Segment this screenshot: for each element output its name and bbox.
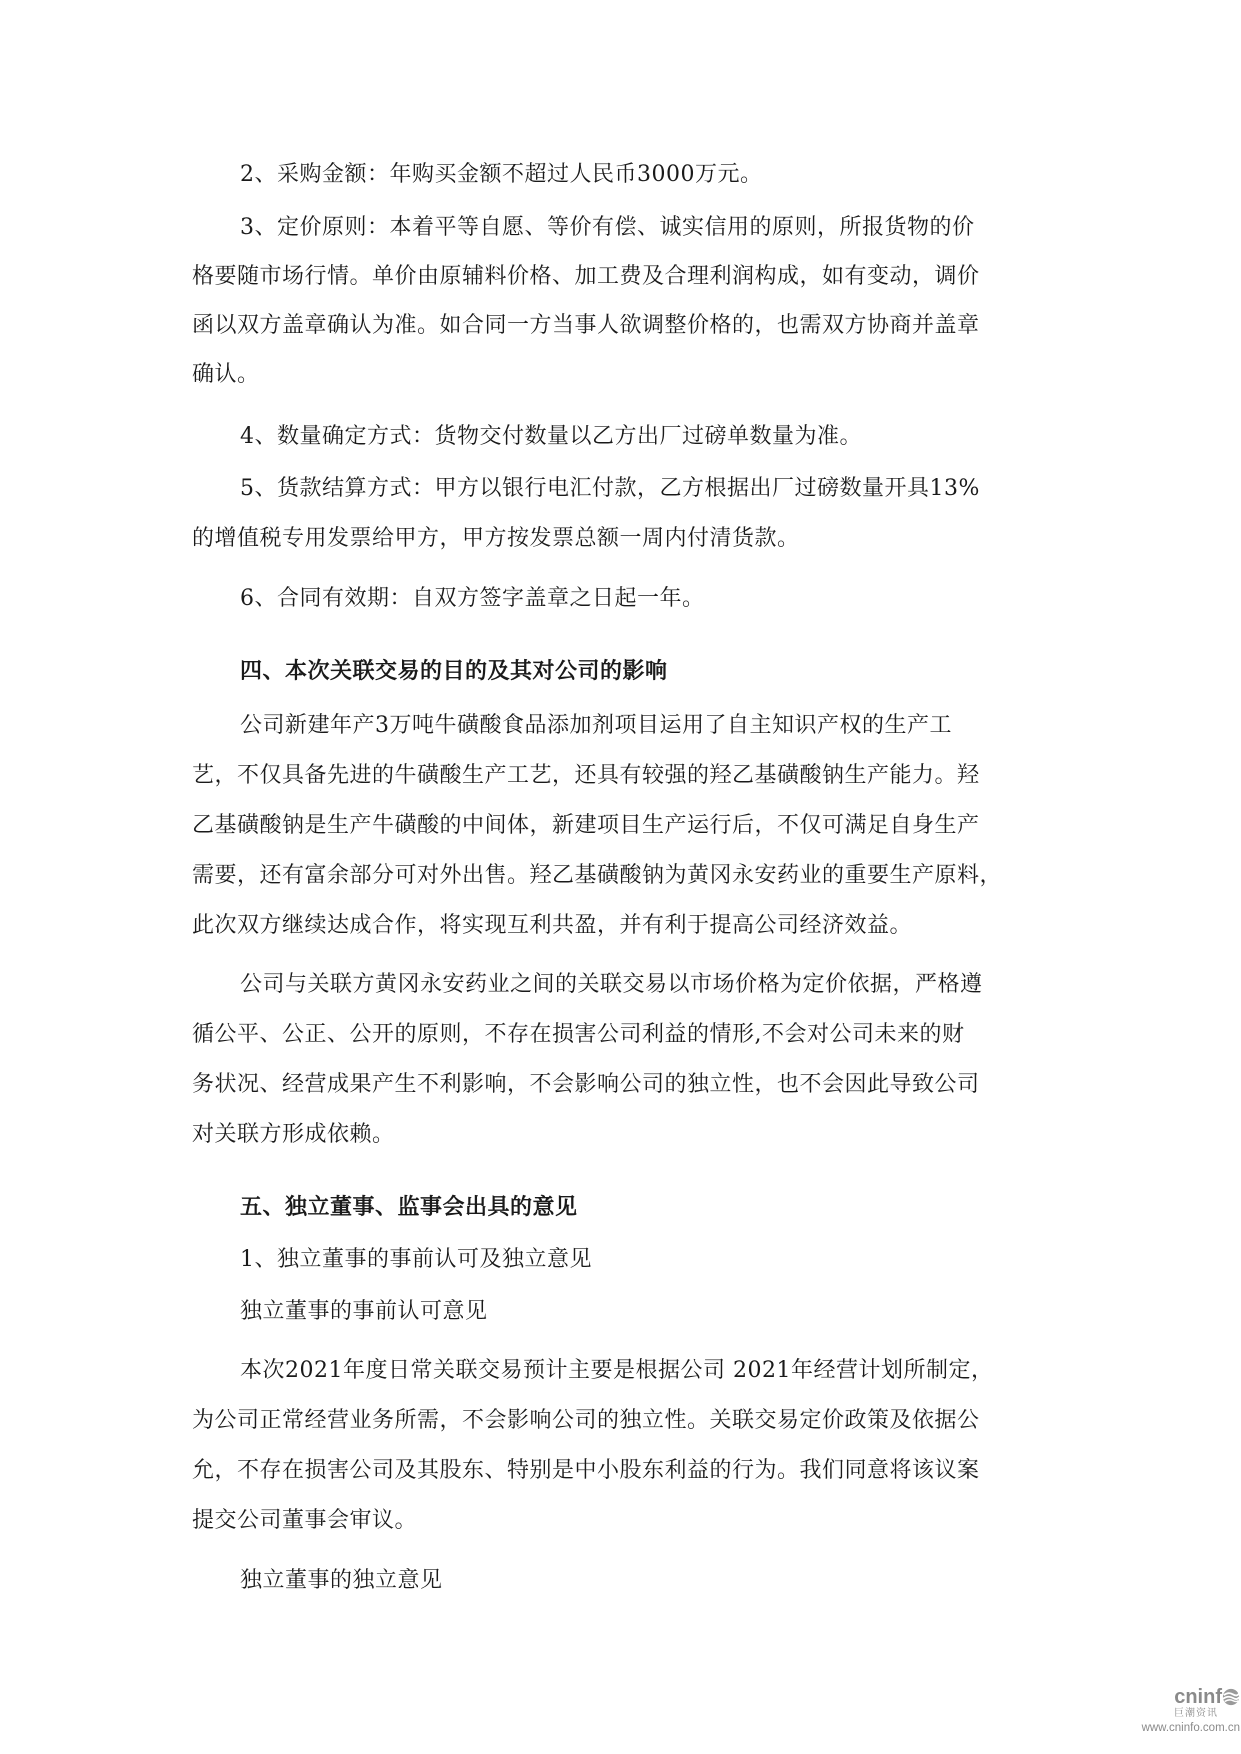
watermark-chinese-name: 巨潮资讯 <box>1174 1708 1218 1720</box>
line-2: 格要随市场行情。单价由原辅料价格、加工费及合理利润构成，如有变动，调价 <box>192 262 980 292</box>
line-16: 循公平、公正、公开的原则，不存在损害公司利益的情形,不会对公司未来的财 <box>192 1020 965 1050</box>
section-heading-5: 五、独立董事、监事会出具的意见 <box>240 1192 578 1222</box>
line-24: 允，不存在损害公司及其股东、特别是中小股东利益的行为。我们同意将该议案 <box>192 1456 980 1486</box>
cninfo-watermark: cninf 巨潮资讯 www.cninfo.com.cn <box>1118 1686 1240 1748</box>
watermark-brand: cninf <box>1174 1686 1222 1708</box>
line-6: 5、货款结算方式：甲方以银行电汇付款，乙方根据出厂过磅数量开具13% <box>240 474 980 504</box>
section-heading-4: 四、本次关联交易的目的及其对公司的影响 <box>240 656 668 686</box>
line-22: 本次2021年度日常关联交易预计主要是根据公司 2021年经营计划所制定， <box>240 1356 993 1386</box>
line-8: 6、合同有效期：自双方签字盖章之日起一年。 <box>240 584 705 614</box>
line-18: 对关联方形成依赖。 <box>192 1120 395 1150</box>
line-3: 函以双方盖章确认为准。如合同一方当事人欲调整价格的，也需双方协商并盖章 <box>192 311 980 341</box>
line-21: 独立董事的事前认可意见 <box>240 1297 488 1327</box>
line-25: 提交公司董事会审议。 <box>192 1506 417 1536</box>
line-14: 此次双方继续达成合作，将实现互利共盈，并有利于提高公司经济效益。 <box>192 911 912 941</box>
line-4: 确认。 <box>192 360 260 390</box>
document-page: 2、采购金额：年购买金额不超过人民币3000万元。 3、定价原则：本着平等自愿、… <box>0 0 1241 1754</box>
line-15: 公司与关联方黄冈永安药业之间的关联交易以市场价格为定价依据，严格遵 <box>240 970 983 1000</box>
line-0: 2、采购金额：年购买金额不超过人民币3000万元。 <box>240 160 763 190</box>
line-5: 4、数量确定方式：货物交付数量以乙方出厂过磅单数量为准。 <box>240 422 862 452</box>
line-12: 乙基磺酸钠是生产牛磺酸的中间体，新建项目生产运行后，不仅可满足自身生产 <box>192 811 980 841</box>
line-13: 需要，还有富余部分可对外出售。羟乙基磺酸钠为黄冈永安药业的重要生产原料， <box>192 861 1002 891</box>
line-10: 公司新建年产3万吨牛磺酸食品添加剂项目运用了自主知识产权的生产工 <box>240 711 952 741</box>
line-26: 独立董事的独立意见 <box>240 1566 443 1596</box>
line-23: 为公司正常经营业务所需，不会影响公司的独立性。关联交易定价政策及依据公 <box>192 1406 980 1436</box>
line-17: 务状况、经营成果产生不利影响，不会影响公司的独立性，也不会因此导致公司 <box>192 1070 980 1100</box>
line-20: 1、独立董事的事前认可及独立意见 <box>240 1245 592 1275</box>
watermark-url: www.cninfo.com.cn <box>1142 1721 1240 1735</box>
line-7: 的增值税专用发票给甲方，甲方按发票总额一周内付清货款。 <box>192 524 800 554</box>
cninfo-wave-icon <box>1222 1688 1240 1706</box>
line-1: 3、定价原则：本着平等自愿、等价有偿、诚实信用的原则，所报货物的价 <box>240 213 975 243</box>
line-11: 艺，不仅具备先进的牛磺酸生产工艺，还具有较强的羟乙基磺酸钠生产能力。羟 <box>192 761 980 791</box>
